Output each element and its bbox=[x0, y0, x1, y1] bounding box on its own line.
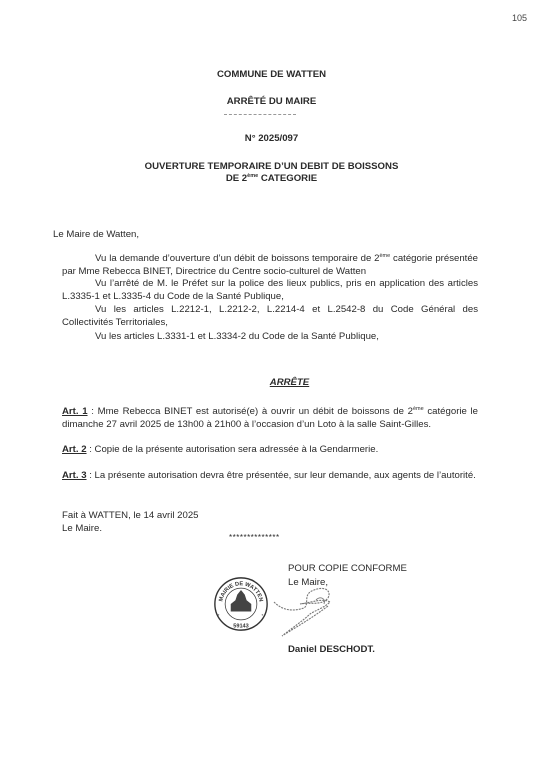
document-title: OUVERTURE TEMPORAIRE D’UN DEBIT DE BOISS… bbox=[0, 161, 543, 184]
title-line-1: OUVERTURE TEMPORAIRE D’UN DEBIT DE BOISS… bbox=[0, 161, 543, 172]
opening-line: Le Maire de Watten, bbox=[53, 229, 139, 240]
separator-stars: ************** bbox=[229, 533, 280, 542]
seal-bottom-text: 59143 bbox=[233, 623, 249, 629]
place-date: Fait à WATTEN, le 14 avril 2025 bbox=[62, 510, 199, 521]
vu-request: Vu la demande d’ouverture d’un débit de … bbox=[62, 250, 478, 279]
arrete-number: N° 2025/097 bbox=[0, 133, 543, 144]
official-seal-icon: MAIRIE DE WATTEN 59143 * * bbox=[213, 576, 269, 632]
signatory-name: Daniel DESCHODT. bbox=[288, 644, 375, 655]
article-2: Art. 2 : Copie de la présente autorisati… bbox=[62, 443, 478, 456]
article-1: Art. 1 : Mme Rebecca BINET est autorisé(… bbox=[62, 403, 478, 432]
title-line-2: DE 2ème CATEGORIE bbox=[0, 173, 543, 184]
page-number: 105 bbox=[512, 13, 527, 23]
commune-name: COMMUNE DE WATTEN bbox=[0, 69, 543, 80]
certification-title: POUR COPIE CONFORME bbox=[288, 563, 407, 574]
vu-prefect-order: Vu l’arrêté de M. le Préfet sur la polic… bbox=[62, 277, 478, 304]
divider bbox=[224, 114, 296, 115]
closing-role: Le Maire. bbox=[62, 523, 102, 534]
svg-text:*: * bbox=[218, 613, 220, 618]
decision-title: ARRÊTE bbox=[18, 377, 543, 388]
article-2-label: Art. 2 bbox=[62, 444, 87, 455]
article-3: Art. 3 : La présente autorisation devra … bbox=[62, 469, 478, 482]
article-3-label: Art. 3 bbox=[62, 470, 87, 481]
document-type: ARRÊTÉ DU MAIRE bbox=[0, 96, 543, 107]
svg-text:*: * bbox=[262, 613, 264, 618]
handwritten-signature-icon bbox=[270, 580, 350, 642]
article-1-label: Art. 1 bbox=[62, 406, 88, 417]
vu-public-health-articles: Vu les articles L.3331-1 et L.3334-2 du … bbox=[62, 330, 478, 343]
vu-cgct-articles: Vu les articles L.2212-1, L.2212-2, L.22… bbox=[62, 303, 478, 330]
